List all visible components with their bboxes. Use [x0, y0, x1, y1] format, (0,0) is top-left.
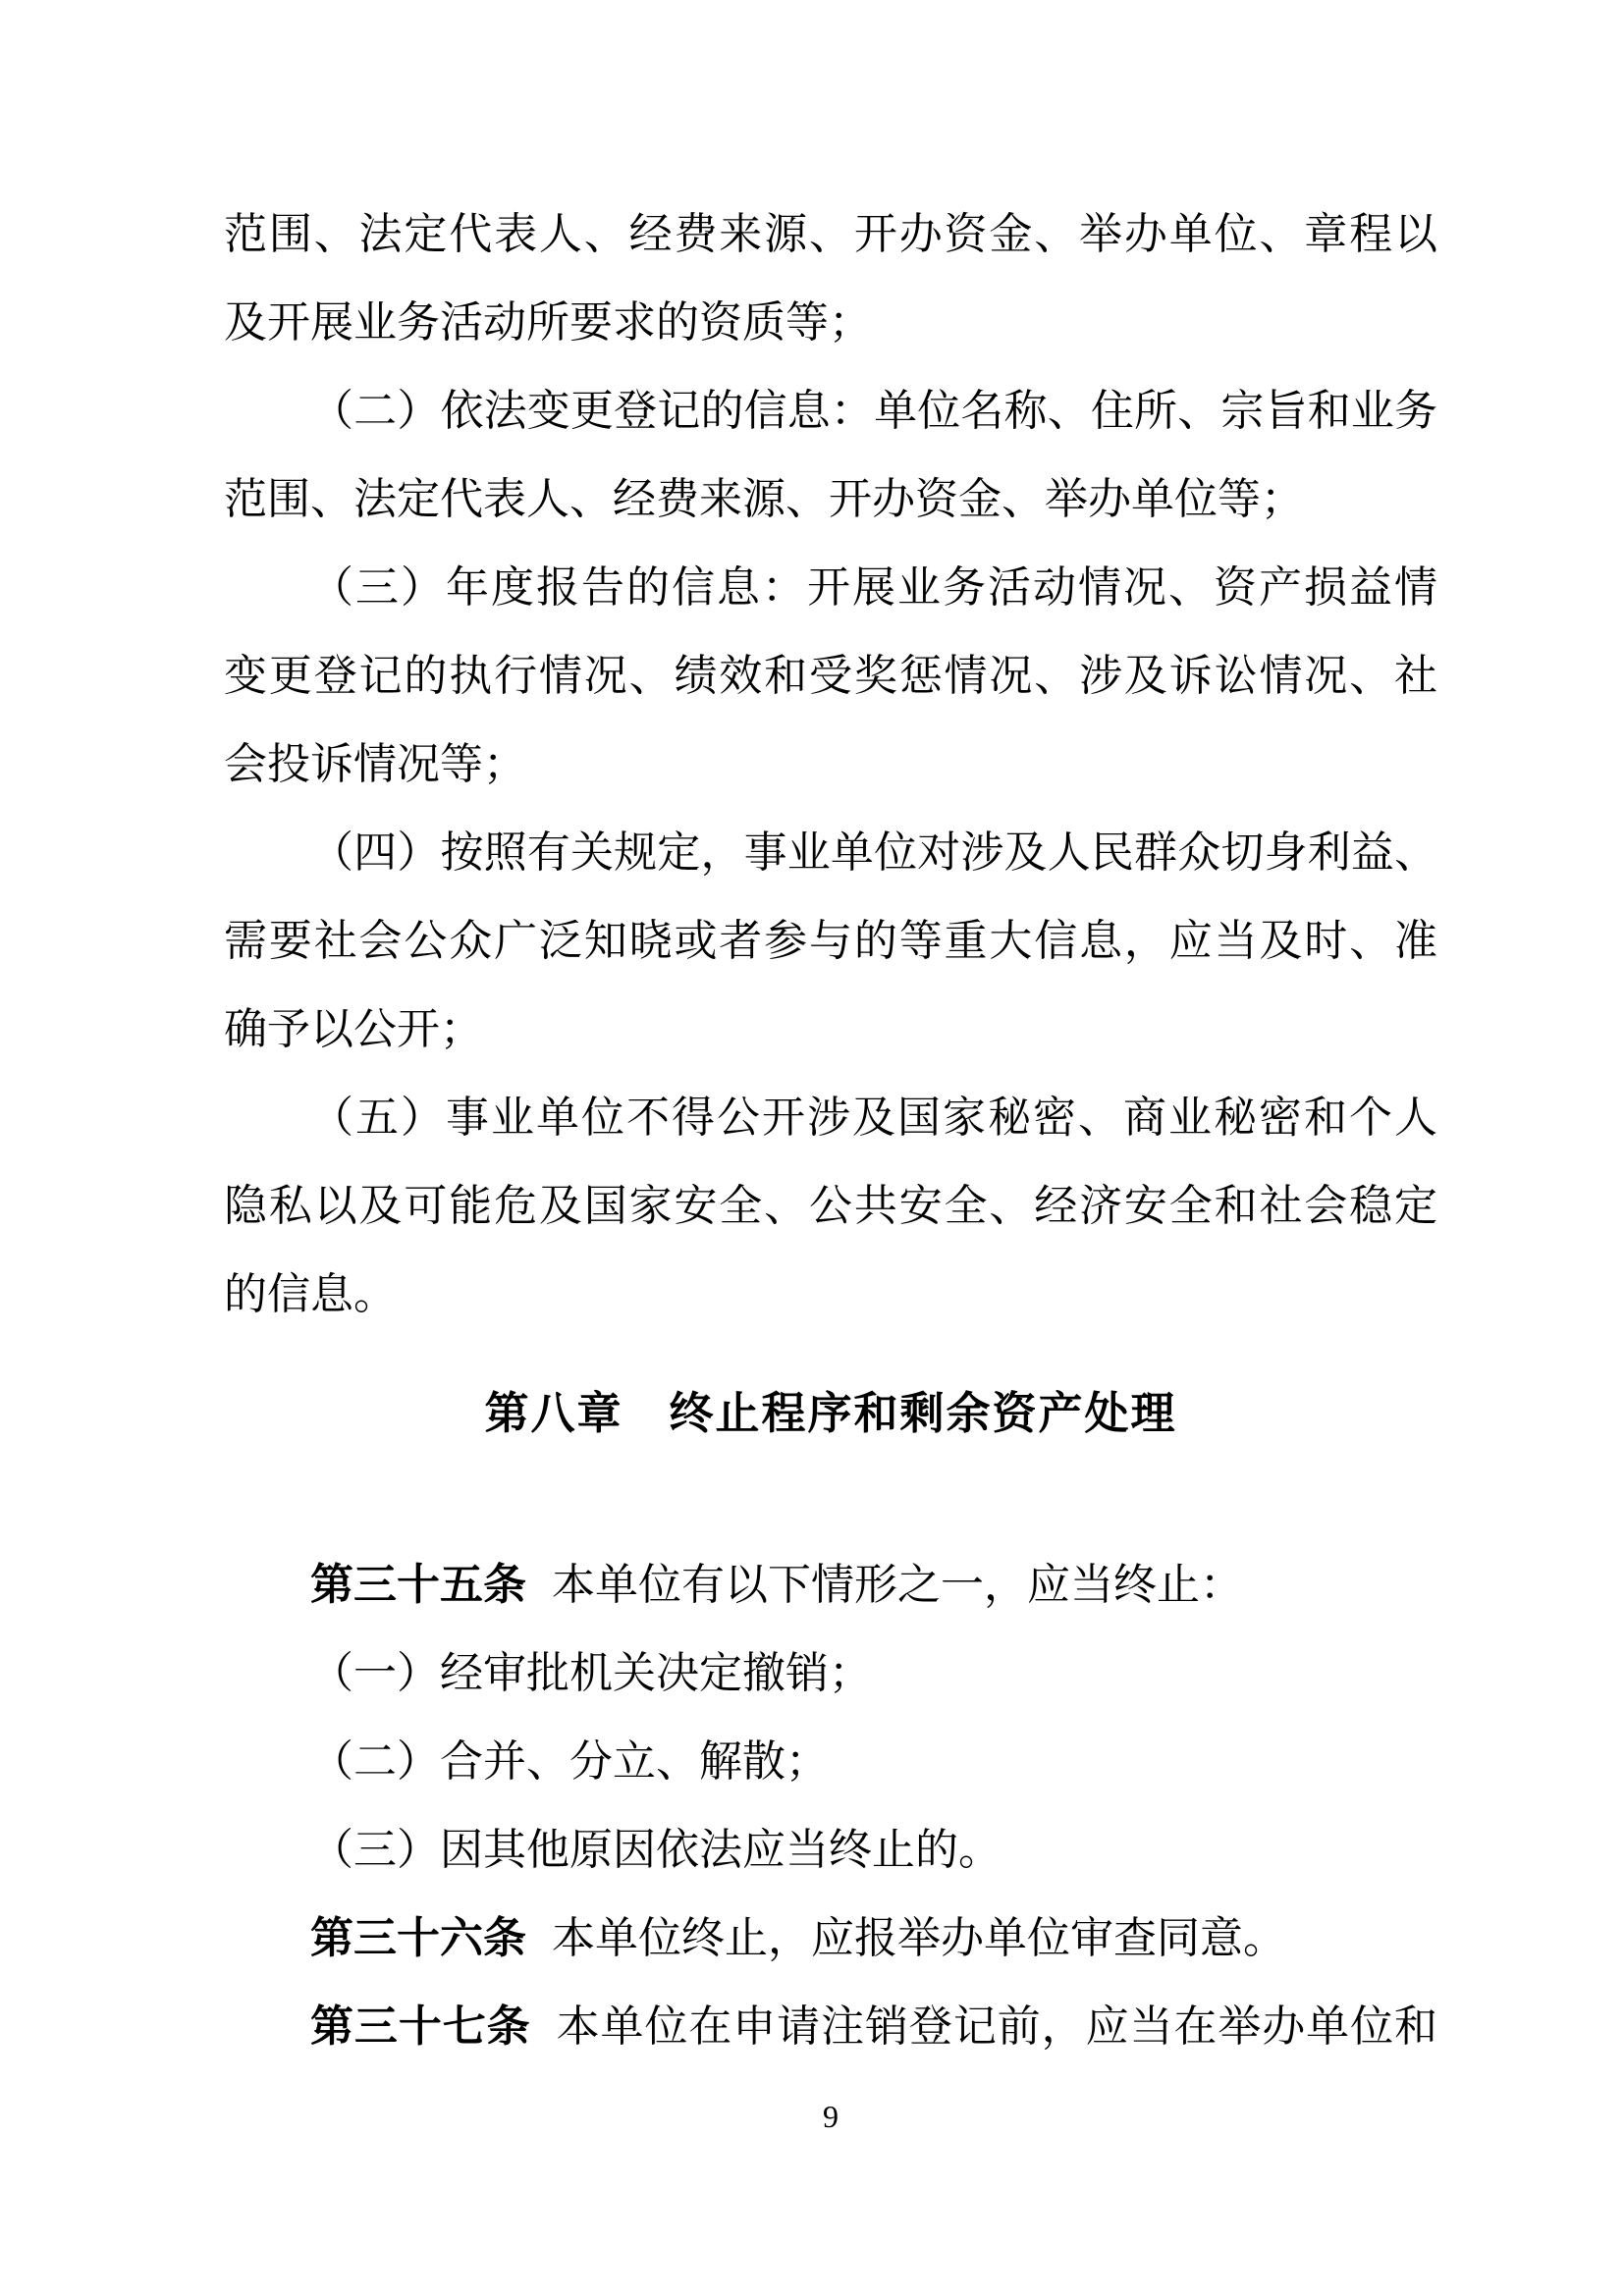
article-line: 第三十七条本单位在申请注销登记前，应当在举办单位和	[224, 1983, 1437, 2071]
article-number: 第三十七条	[310, 2002, 531, 2051]
paragraph-line: （五）事业单位不得公开涉及国家秘密、商业秘密和个人	[224, 1074, 1437, 1162]
paragraph-line: （二）依法变更登记的信息：单位名称、住所、宗旨和业务	[224, 367, 1437, 455]
paragraph-line: 确予以公开；	[224, 986, 1437, 1074]
paragraph-line: 的信息。	[224, 1251, 1437, 1339]
article-text: 本单位在申请注销登记前，应当在举办单位和	[557, 2002, 1437, 2051]
article-text: 本单位有以下情形之一，应当终止：	[552, 1561, 1243, 1609]
article-item-line: （三）因其他原因依法应当终止的。	[224, 1806, 1437, 1895]
paragraph-line: 范围、法定代表人、经费来源、开办资金、举办单位等；	[224, 455, 1437, 544]
article-item-line: （二）合并、分立、解散；	[224, 1718, 1437, 1806]
paragraph-line: （四）按照有关规定，事业单位对涉及人民群众切身利益、	[224, 809, 1437, 897]
document-page: 范围、法定代表人、经费来源、开办资金、举办单位、章程以 及开展业务活动所要求的资…	[0, 0, 1624, 2296]
page-content: 范围、法定代表人、经费来源、开办资金、举办单位、章程以 及开展业务活动所要求的资…	[224, 0, 1437, 2141]
article-line: 第三十五条本单位有以下情形之一，应当终止：	[224, 1541, 1437, 1629]
paragraph-line: 及开展业务活动所要求的资质等；	[224, 279, 1437, 367]
article-number: 第三十六条	[310, 1914, 526, 1962]
paragraph-line: 需要社会公众广泛知晓或者参与的等重大信息，应当及时、准	[224, 897, 1437, 986]
article-number: 第三十五条	[310, 1561, 526, 1609]
page-number: 9	[224, 2092, 1437, 2141]
paragraph-line: （三）年度报告的信息：开展业务活动情况、资产损益情况、	[224, 544, 1437, 632]
chapter-heading: 第八章 终止程序和剩余资产处理	[224, 1369, 1437, 1458]
article-text: 本单位终止，应报举办单位审查同意。	[552, 1914, 1286, 1962]
article-item-line: （一）经审批机关决定撤销；	[224, 1629, 1437, 1718]
paragraph-line: 变更登记的执行情况、绩效和受奖惩情况、涉及诉讼情况、社	[224, 632, 1437, 721]
paragraph-line: 范围、法定代表人、经费来源、开办资金、举办单位、章程以	[224, 190, 1437, 279]
paragraph-line: 隐私以及可能危及国家安全、公共安全、经济安全和社会稳定	[224, 1162, 1437, 1251]
paragraph-line: 会投诉情况等；	[224, 721, 1437, 809]
article-line: 第三十六条本单位终止，应报举办单位审查同意。	[224, 1895, 1437, 1983]
